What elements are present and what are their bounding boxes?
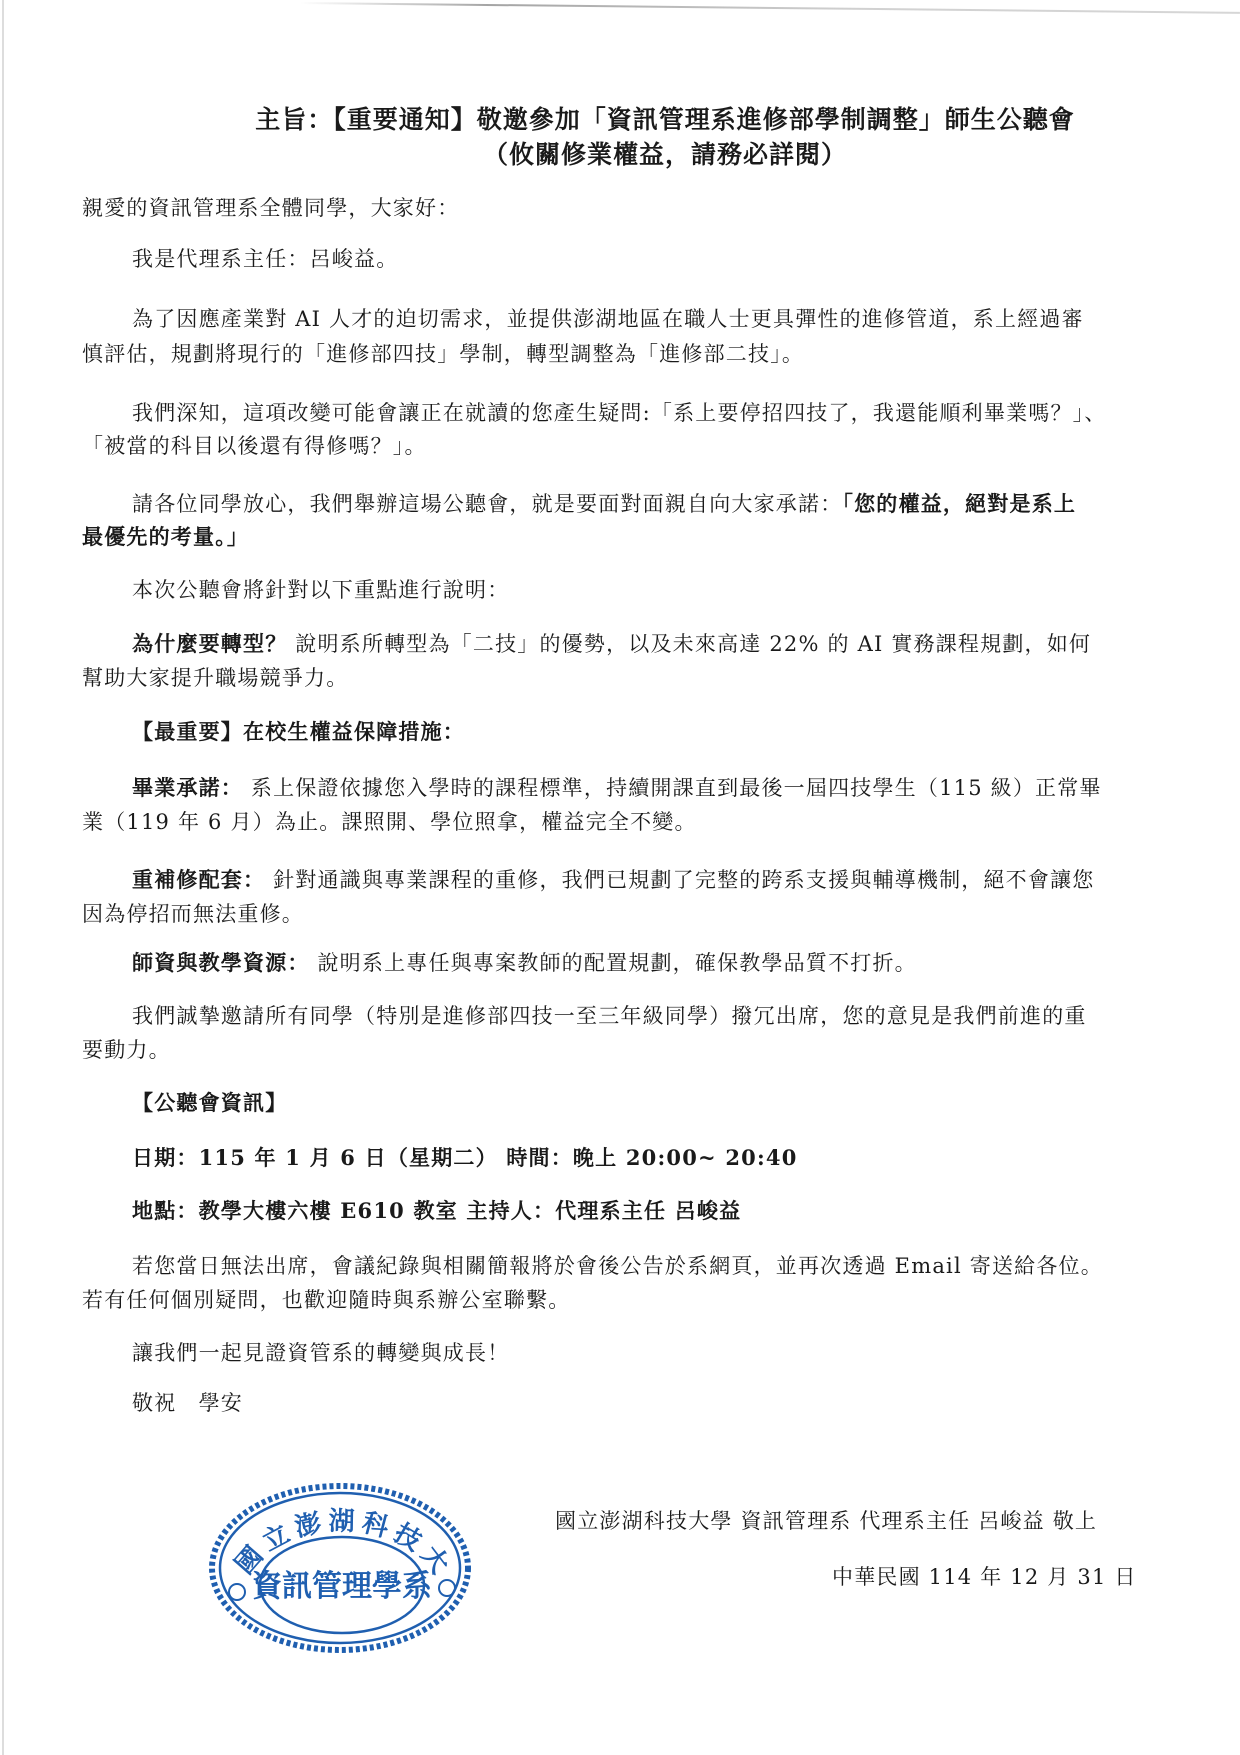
signature-line: 國立澎湖科技大學 資訊管理系 代理系主任 呂峻益 敬上 [555,1505,1097,1535]
closing-line: 讓我們一起見證資管系的轉變與成長！ [132,1337,509,1367]
graduation-line1: 畢業承諾： 系上保證依據您入學時的課程標準，持續開課直到最後一屆四技學生（115… [132,772,1102,802]
para2-line1: 我們深知，這項改變可能會讓正在就讀的您產生疑問:「系上要停招四技了，我還能順利畢… [132,397,1107,427]
graduation-line2: 業（119 年 6 月）為止。課照開、學位照拿，權益完全不變。 [82,806,697,836]
scan-edge-left [2,0,4,1755]
retake-line1: 重補修配套： 針對通識與專業課程的重修，我們已規劃了完整的跨系支援與輔導機制，絕… [132,864,1094,894]
greeting: 親愛的資訊管理系全體同學，大家好： [82,192,459,222]
para1-line2: 慎評估，規劃將現行的「進修部四技」學制，轉型調整為「進修部二技」。 [82,338,804,368]
rights-heading: 【最重要】在校生權益保障措施： [132,716,465,746]
para3-normal: 請各位同學放心，我們舉辦這場公聽會，就是要面對面親自向大家承諾： [132,492,842,516]
why-line2: 幫助大家提升職場競爭力。 [82,662,348,692]
intro: 我是代理系主任：呂峻益。 [132,243,398,273]
para2-line2: 「被當的科目以後還有得修嗎？」。 [82,430,427,460]
graduation-label: 畢業承諾： [132,775,243,800]
followup-line2: 若有任何個別疑問，也歡迎隨時與系辦公室聯繫。 [82,1284,570,1314]
para1-line1: 為了因應產業對 AI 人才的迫切需求，並提供澎湖地區在職人士更具彈性的進修管道，… [132,303,1084,333]
para4: 本次公聽會將針對以下重點進行說明： [132,574,509,604]
faculty-text: 說明系上專任與專案教師的配置規劃，確保教學品質不打折。 [310,951,917,975]
meeting-date-time: 日期：115 年 1 月 6 日（星期二） 時間：晚上 20:00~ 20:40 [132,1142,798,1172]
regards-line: 敬祝 學安 [132,1387,243,1417]
para3-line2: 最優先的考量。」 [82,521,249,551]
para3-line1: 請各位同學放心，我們舉辦這場公聽會，就是要面對面親自向大家承諾：「您的權益，絕對… [132,488,1076,518]
department-seal-icon: 國立澎湖科技大學 資訊管理學系 [205,1480,475,1655]
why-line1: 為什麼要轉型？ 說明系所轉型為「二技」的優勢，以及未來高達 22% 的 AI 實… [132,628,1091,658]
invite-line1: 我們誠摯邀請所有同學（特別是進修部四技一至三年級同學）撥冗出席，您的意見是我們前… [132,1000,1087,1030]
faculty-line: 師資與教學資源： 說明系上專任與專案教師的配置規劃，確保教學品質不打折。 [132,947,917,977]
why-label: 為什麼要轉型？ [132,631,287,656]
retake-line2: 因為停招而無法重修。 [82,898,304,928]
followup-line1: 若您當日無法出席，會議紀錄與相關簡報將於會後公告於系網頁，並再次透過 Email… [132,1250,1103,1280]
invite-line2: 要動力。 [82,1034,171,1064]
seal-inner-text: 資訊管理學系 [252,1569,432,1604]
document-title: 主旨：【重要通知】敬邀參加「資訊管理系進修部學制調整」師生公聽會 [45,100,1240,136]
why-text: 說明系所轉型為「二技」的優勢，以及未來高達 22% 的 AI 實務課程規劃，如何 [287,632,1091,656]
document-date: 中華民國 114 年 12 月 31 日 [832,1561,1137,1591]
meeting-info-heading: 【公聽會資訊】 [132,1087,287,1117]
retake-label: 重補修配套： [132,867,265,892]
para3-emphasis: 「您的權益，絕對是系上 [842,491,1076,516]
scan-edge-top [300,2,1240,14]
retake-text: 針對通識與專業課程的重修，我們已規劃了完整的跨系支援與輔導機制，絕不會讓您 [265,868,1094,892]
graduation-text: 系上保證依據您入學時的課程標準，持續開課直到最後一屆四技學生（115 級）正常畢 [243,776,1102,800]
faculty-label: 師資與教學資源： [132,950,310,975]
meeting-location-host: 地點：教學大樓六樓 E610 教室 主持人：代理系主任 呂峻益 [132,1195,741,1225]
document-subtitle: （攸關修業權益，請務必詳閱） [45,135,1240,171]
